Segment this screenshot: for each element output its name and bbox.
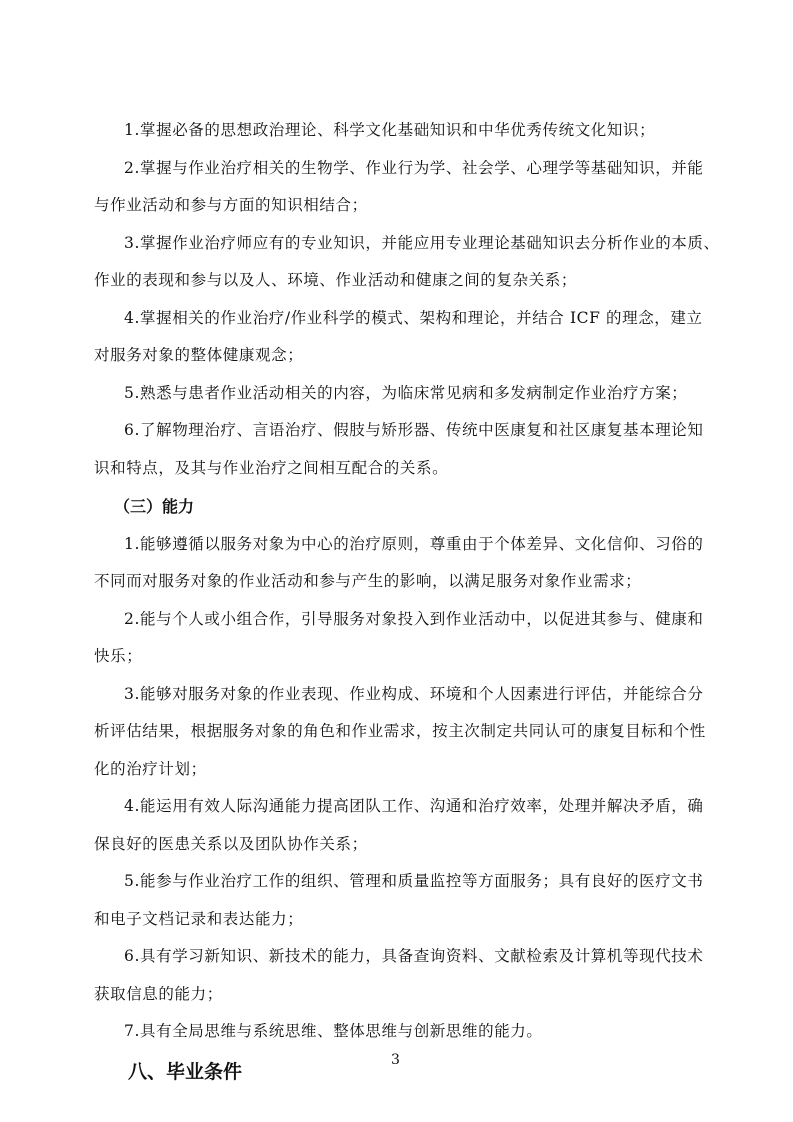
- ability-item-1-cont: 不同而对服务对象的作业活动和参与产生的影响，以满足服务对象作业需求；: [94, 569, 641, 591]
- knowledge-item-6-cont: 识和特点，及其与作业治疗之间相互配合的关系。: [94, 456, 448, 478]
- knowledge-item-3: 3.掌握作业治疗师应有的专业知识，并能应用专业理论基础知识去分析作业的本质、: [124, 231, 720, 253]
- knowledge-item-1: 1.掌握必备的思想政治理论、科学文化基础知识和中华优秀传统文化知识；: [124, 118, 655, 140]
- knowledge-item-4: 4.掌握相关的作业治疗/作业科学的模式、架构和理论，并结合 ICF 的理念，建立: [124, 306, 703, 328]
- section-heading-graduation: 八、毕业条件: [128, 1057, 242, 1084]
- page-number: 3: [391, 1052, 400, 1068]
- ability-item-1: 1.能够遵循以服务对象为中心的治疗原则，尊重由于个体差异、文化信仰、习俗的: [124, 532, 704, 554]
- knowledge-item-3-cont: 作业的表现和参与以及人、环境、作业活动和健康之间的复杂关系；: [94, 268, 577, 290]
- ability-item-2: 2.能与个人或小组合作，引导服务对象投入到作业活动中，以促进其参与、健康和: [124, 607, 704, 629]
- ability-item-3-cont: 析评估结果，根据服务对象的角色和作业需求，按主次制定共同认可的康复目标和个性: [94, 719, 706, 741]
- ability-item-2-cont: 快乐；: [94, 644, 142, 666]
- document-page: 1.掌握必备的思想政治理论、科学文化基础知识和中华优秀传统文化知识； 2.掌握与…: [0, 0, 793, 1122]
- knowledge-item-4-cont: 对服务对象的整体健康观念；: [94, 343, 303, 365]
- knowledge-item-6: 6.了解物理治疗、言语治疗、假肢与矫形器、传统中医康复和社区康复基本理论知: [124, 418, 704, 440]
- ability-item-5: 5.能参与作业治疗工作的组织、管理和质量监控等方面服务；具有良好的医疗文书: [124, 869, 704, 891]
- knowledge-item-2-cont: 与作业活动和参与方面的知识相结合；: [94, 193, 368, 215]
- ability-item-3: 3.能够对服务对象的作业表现、作业构成、环境和个人因素进行评估，并能综合分: [124, 682, 704, 704]
- ability-item-3-cont2: 化的治疗计划；: [94, 757, 207, 779]
- knowledge-item-2: 2.掌握与作业治疗相关的生物学、作业行为学、社会学、心理学等基础知识，并能: [124, 156, 704, 178]
- ability-item-6: 6.具有学习新知识、新技术的能力，具备查询资料、文献检索及计算机等现代技术: [124, 944, 704, 966]
- ability-item-5-cont: 和电子文档记录和表达能力；: [94, 907, 303, 929]
- ability-item-6-cont: 获取信息的能力；: [94, 982, 223, 1004]
- ability-item-4-cont: 保良好的医患关系以及团队协作关系；: [94, 832, 368, 854]
- knowledge-item-5: 5.熟悉与患者作业活动相关的内容，为临床常见病和多发病制定作业治疗方案；: [124, 381, 687, 403]
- ability-item-4: 4.能运用有效人际沟通能力提高团队工作、沟通和治疗效率，处理并解决矛盾，确: [124, 794, 704, 816]
- ability-item-7: 7.具有全局思维与系统思维、整体思维与创新思维的能力。: [124, 1019, 543, 1041]
- section-heading-ability: （三）能力: [114, 494, 194, 517]
